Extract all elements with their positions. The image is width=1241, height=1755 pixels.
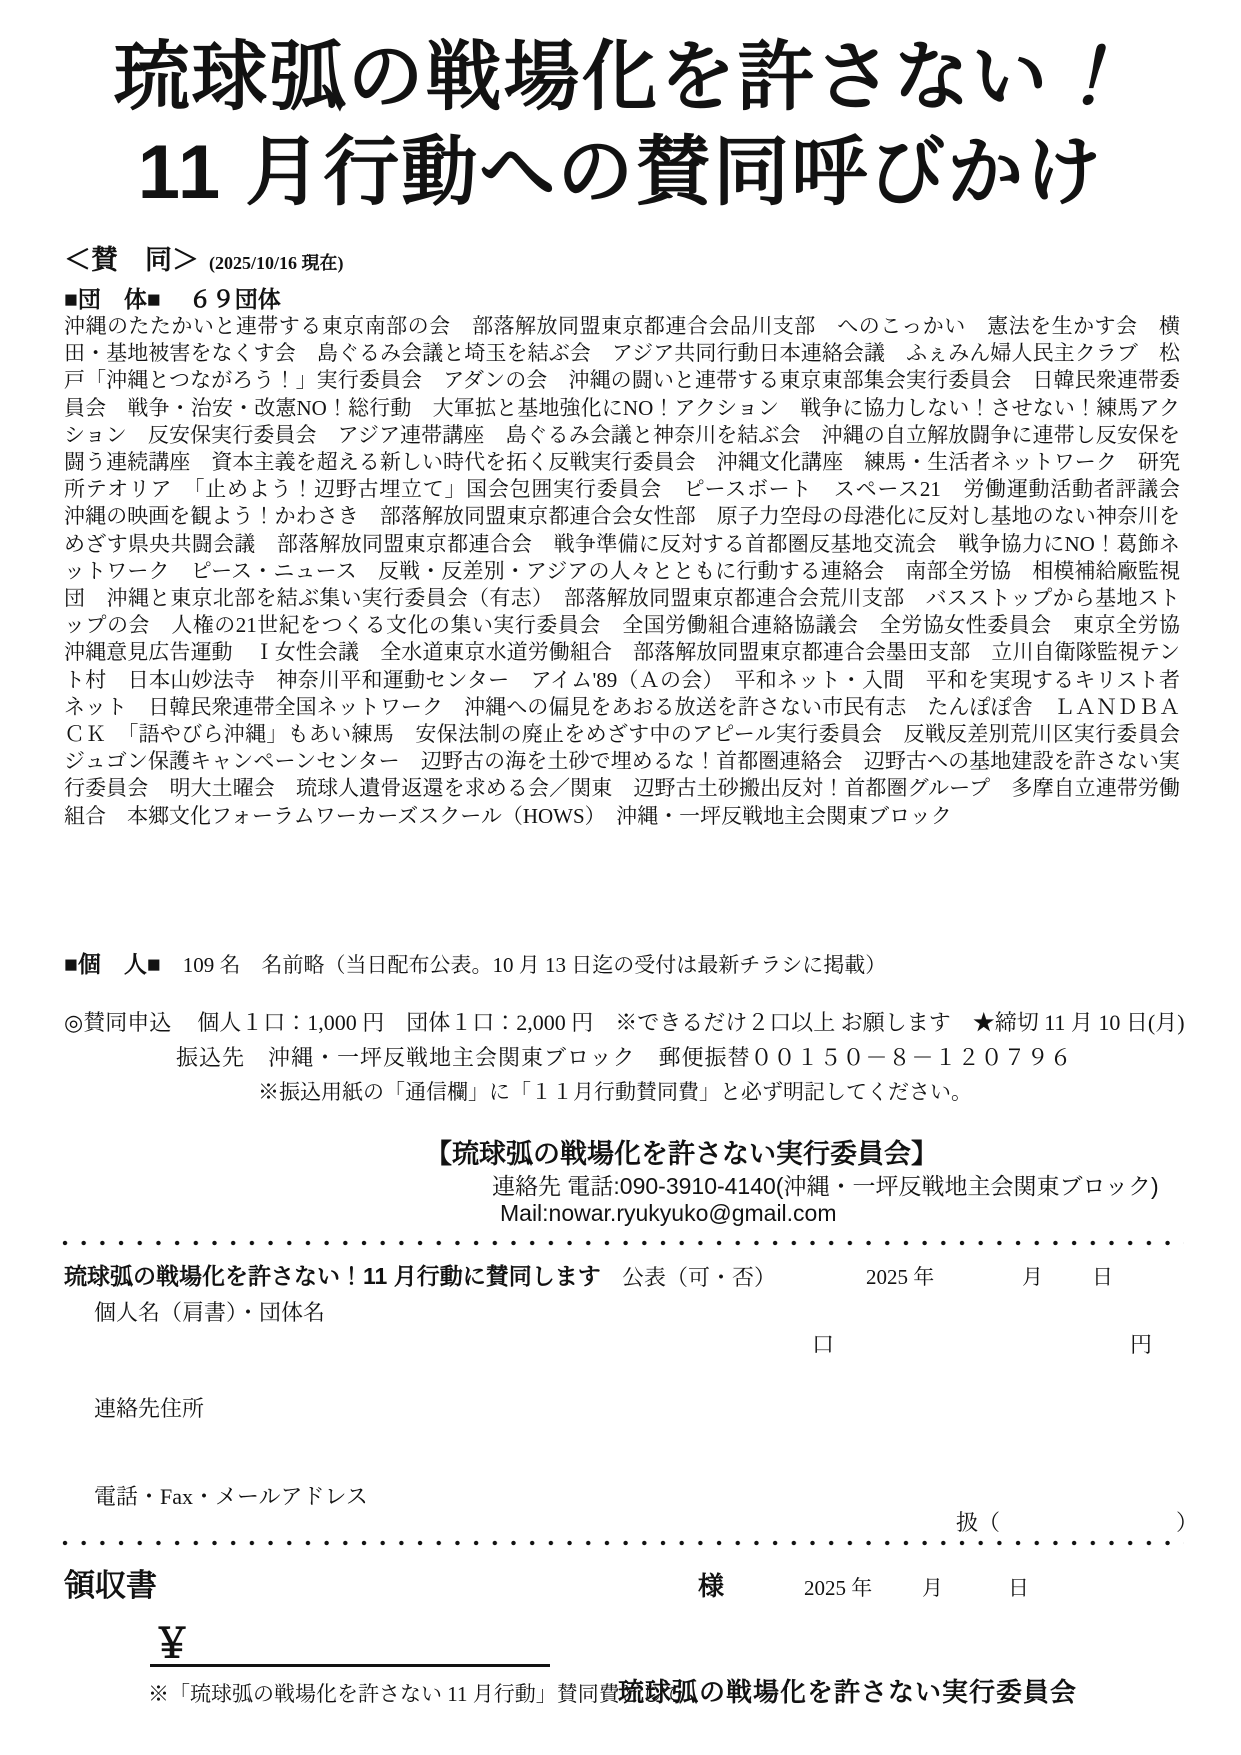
form-date-month: 月	[1022, 1261, 1043, 1291]
page-title-line1: 琉球弧の戦場化を許さない！	[0, 30, 1241, 125]
flyer-page: 琉球弧の戦場化を許さない！ 11 月行動への賛同呼びかけ ＜賛 同＞(2025/…	[0, 0, 1241, 1755]
receipt-amount-underline	[150, 1664, 550, 1667]
receipt-title: 領収書	[64, 1560, 157, 1605]
form-date-day: 日	[1092, 1261, 1113, 1291]
application-label: ◎賛同申込	[64, 1010, 171, 1035]
groups-heading: ■団 体■６９団体	[64, 281, 281, 314]
receipt-note: ※「琉球弧の戦場化を許さない 11 月行動」賛同費として	[148, 1678, 683, 1708]
application-fees-text: 個人１口：1,000 円 団体１口：2,000 円 ※できるだけ２口以上 お願し…	[197, 1010, 1184, 1035]
endorsement-heading: ＜賛 同＞(2025/10/16 現在)	[64, 238, 344, 277]
form-address-field-label: 連絡先住所	[94, 1392, 204, 1423]
application-line-transfer: 振込先 沖縄・一坪反戦地主会関東ブロック 郵便振替００１５０－８－１２０７９６	[176, 1041, 1073, 1072]
endorsement-heading-label: ＜賛 同＞	[64, 245, 199, 275]
application-line-fees: ◎賛同申込個人１口：1,000 円 団体１口：2,000 円 ※できるだけ２口以…	[64, 1006, 1185, 1037]
form-units-label: 口	[812, 1328, 834, 1359]
form-yen-label: 円	[1130, 1328, 1152, 1359]
page-title-line1-text: 琉球弧の戦場化を許さない	[114, 35, 1050, 120]
page-title-exclamation: ！	[1050, 35, 1128, 120]
dotted-separator-bottom	[62, 1540, 1184, 1547]
form-statement: 琉球弧の戦場化を許さない！11 月行動に賛同します	[64, 1258, 601, 1291]
form-publish-option: 公表（可・否）	[622, 1261, 776, 1292]
groups-count: ６９団体	[189, 287, 281, 312]
form-name-field-label: 個人名（肩書）・団体名	[94, 1296, 325, 1327]
receipt-currency-sign: ￥	[152, 1612, 192, 1669]
form-handler-field: 扱（ ）	[956, 1506, 1198, 1537]
receipt-date-day: 日	[1008, 1572, 1029, 1602]
committee-phone: 連絡先 電話:090-3910-4140(沖縄・一坪反戦地主会関東ブロック)	[492, 1168, 1159, 1201]
individuals-line: ■個 人■109 名 名前略（当日配布公表。10 月 13 日迄の受付は最新チラ…	[64, 946, 886, 979]
page-title-line2: 11 月行動への賛同呼びかけ	[0, 125, 1241, 220]
receipt-date-month: 月	[922, 1572, 943, 1602]
application-line-note: ※振込用紙の「通信欄」に「１１月行動賛同費」と必ず明記してください。	[258, 1076, 972, 1106]
organization-list: 沖縄のたたかいと連帯する東京南部の会 部落解放同盟東京都連合会品川支部 へのこっ…	[64, 313, 1180, 830]
groups-heading-label: ■団 体■	[64, 287, 161, 312]
form-contact-field-label: 電話・Fax・メールアドレス	[94, 1480, 368, 1511]
individuals-label: ■個 人■	[64, 952, 161, 977]
endorsement-as-of-date: (2025/10/16 現在)	[209, 253, 344, 273]
receipt-date-year: 2025 年	[804, 1572, 872, 1602]
receipt-addressee-label: 様	[698, 1566, 724, 1603]
committee-name: 【琉球弧の戦場化を許さない実行委員会】	[425, 1132, 938, 1171]
committee-email: Mail:nowar.ryukyuko@gmail.com	[500, 1200, 837, 1227]
form-date-year: 2025 年	[866, 1261, 934, 1291]
dotted-separator-top	[62, 1240, 1184, 1247]
receipt-committee-name: 琉球弧の戦場化を許さない実行委員会	[618, 1672, 1077, 1709]
individuals-text: 109 名 名前略（当日配布公表。10 月 13 日迄の受付は最新チラシに掲載）	[183, 953, 887, 977]
